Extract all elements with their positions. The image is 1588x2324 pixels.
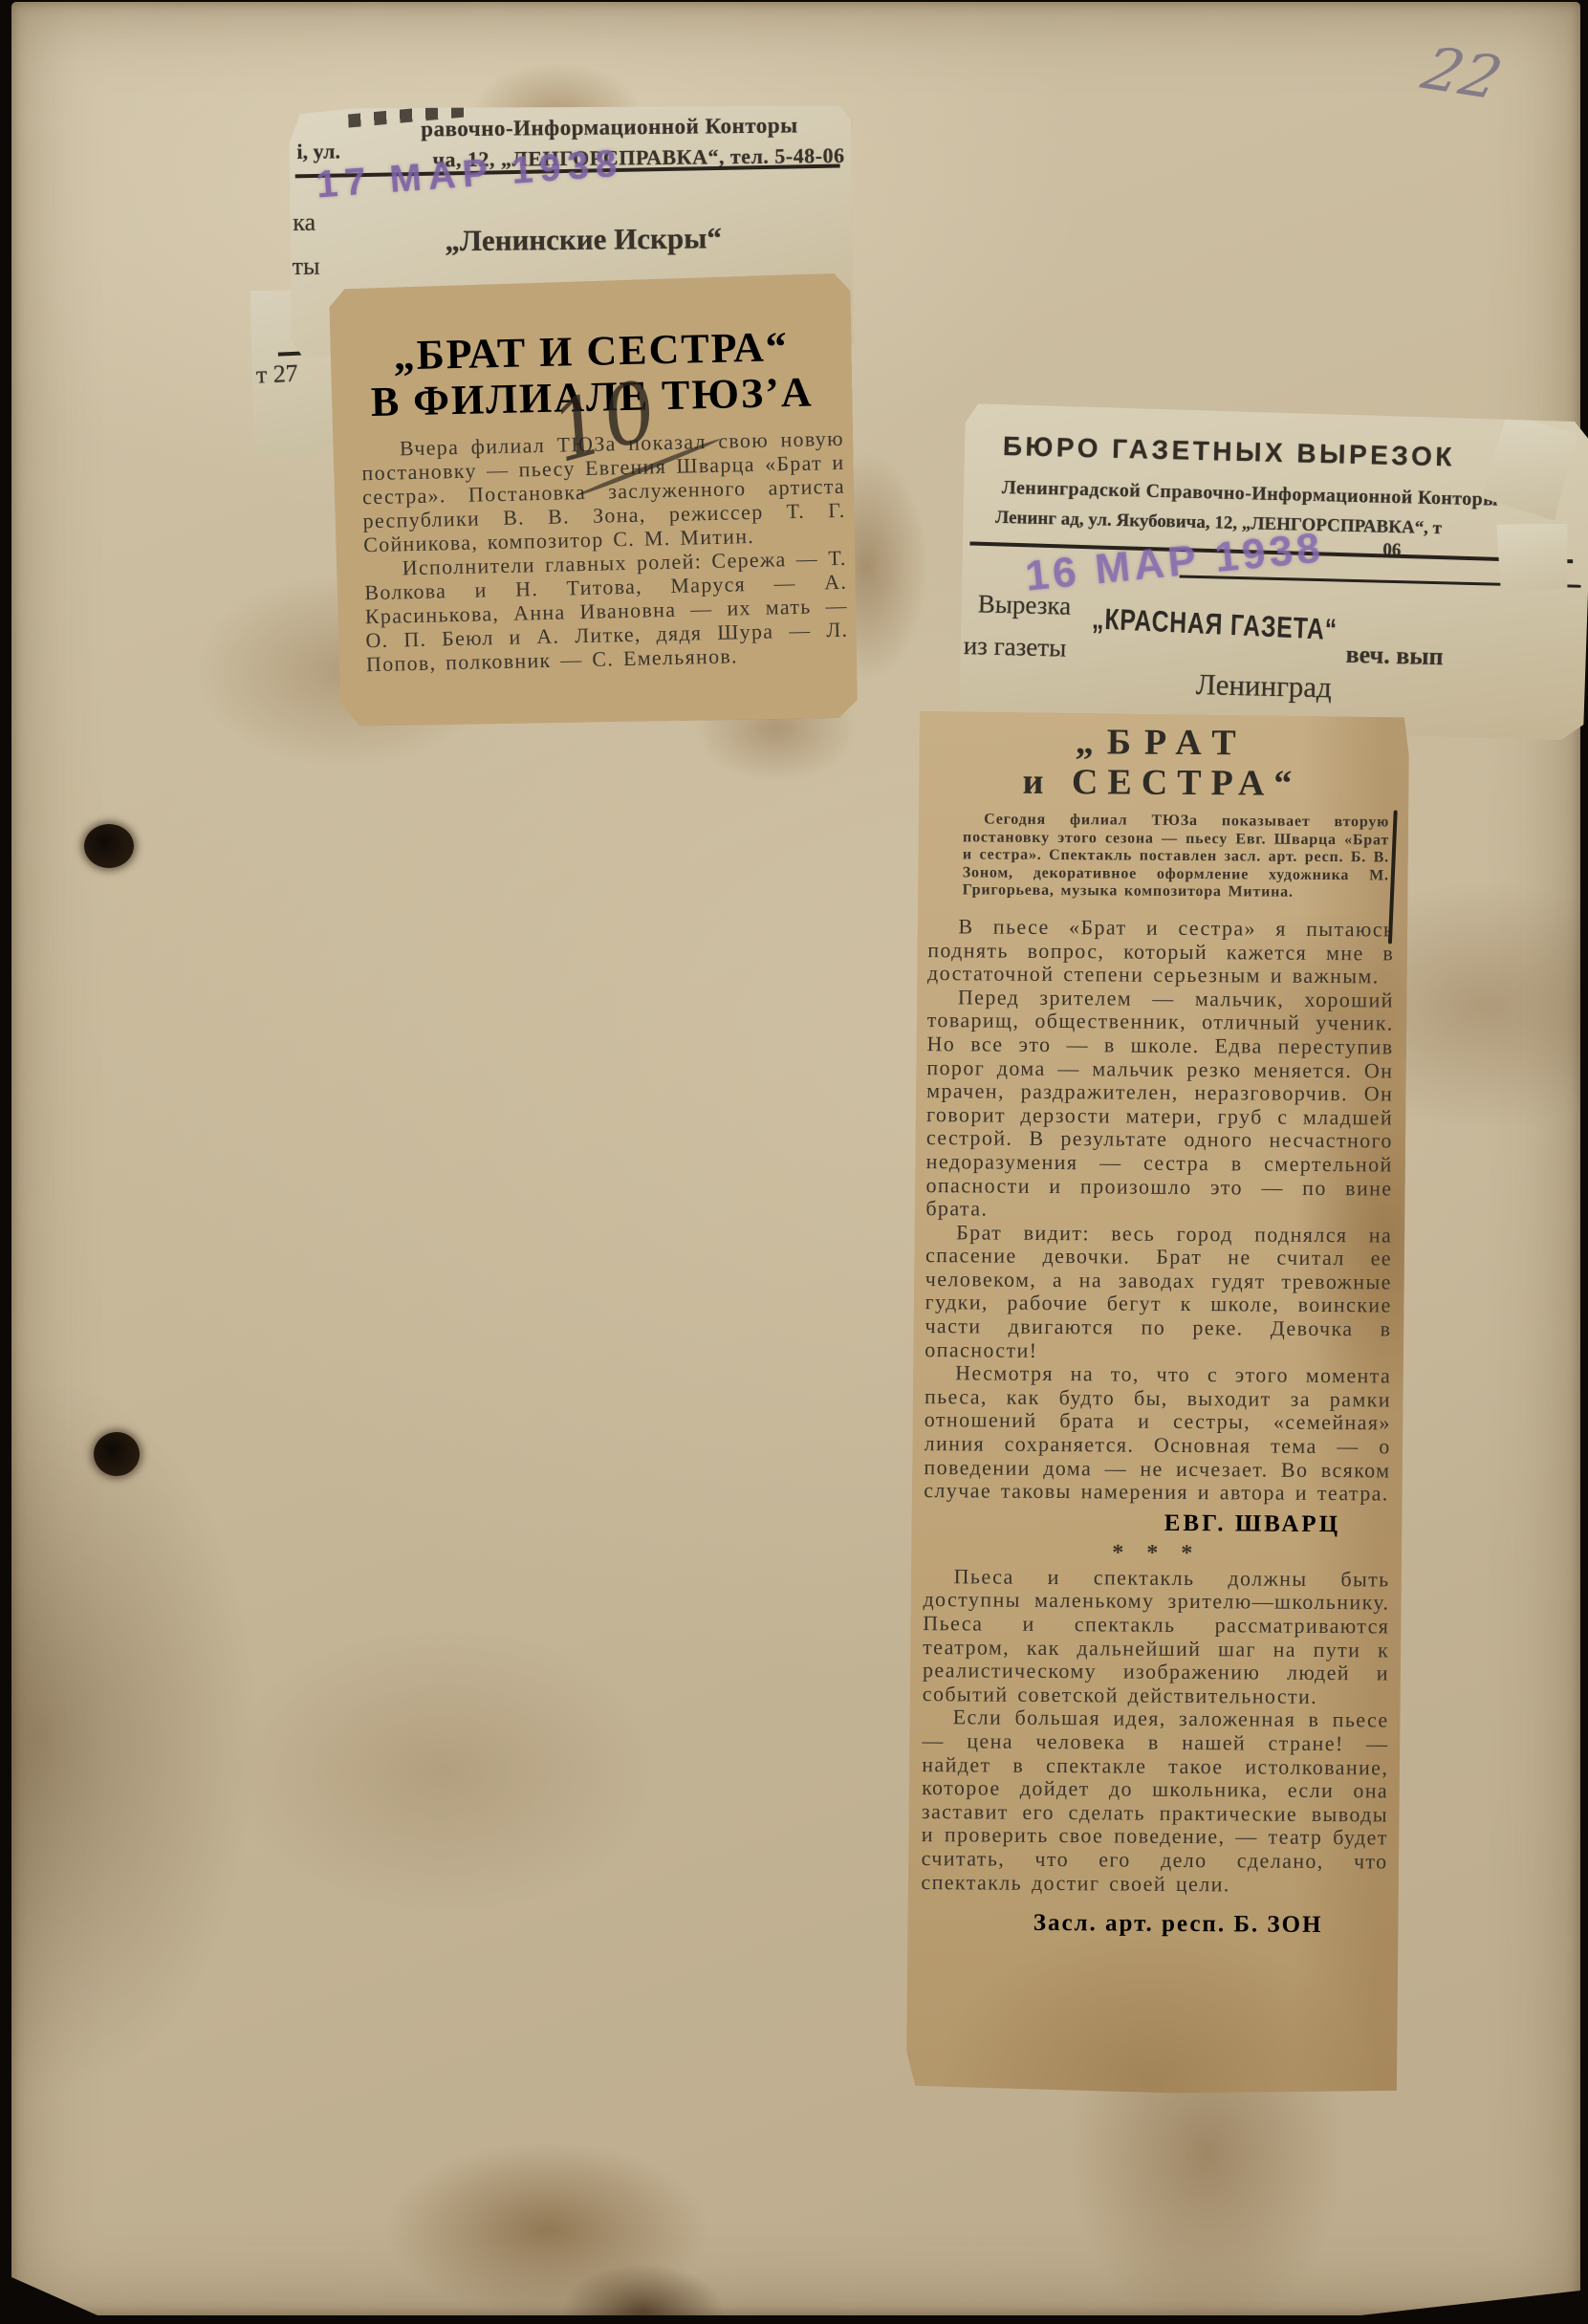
article-paragraph: Перед зрителем — мальчик, хороший товари… — [925, 986, 1394, 1224]
bureau-header-line1: равочно-Информационной Конторы — [421, 113, 798, 141]
scan-background: { "page": { "handwritten_number": "22" }… — [0, 0, 1588, 2324]
fragment-text: т 27 — [255, 359, 298, 390]
bureau-subtitle: Ленинградской Справочно-Информационной К… — [1002, 477, 1499, 511]
page-corner-shadow — [1360, 2291, 1580, 2315]
news-clipping-left: „БРАТ И СЕСТРА“ В ФИЛИАЛЕ ТЮЗ’А Вчера фи… — [329, 273, 859, 729]
headline-line2: и СЕСТРА“ — [928, 761, 1395, 804]
source-newspaper-name: „КРАСНАЯ ГАЗЕТА“ — [1092, 601, 1338, 647]
handwritten-page-number: 22 — [1415, 33, 1510, 113]
news-clipping-right: „БРАТ и СЕСТРА“ Сегодня филиал ТЮЗа пока… — [905, 711, 1409, 2096]
cutting-from-line2: из газеты — [963, 631, 1066, 663]
article-paragraph: Если большая идея, заложенная в пьесе — … — [921, 1705, 1388, 1897]
bureau-title: БЮРО ГАЗЕТНЫХ ВЫРЕЗОК — [1003, 431, 1456, 473]
punch-hole-bottom — [94, 1432, 140, 1476]
cutting-word-fragment-ty: ты — [293, 252, 320, 281]
clipping-left-paragraph: Исполнители главных ролей: Сережа — Т. В… — [335, 546, 859, 677]
article-paragraph: Пьеса и спектакль должны быть доступны м… — [923, 1565, 1390, 1709]
headline-line1: „БРАТ — [929, 721, 1396, 764]
album-page: 22 равочно-Информационной Конторы ча, 12… — [11, 2, 1580, 2315]
bureau-address: Ленинг ад, ул. Якубовича, 12, „ЛЕНГОРСПР… — [995, 508, 1416, 539]
source-city: Ленинград — [1195, 667, 1332, 705]
article-paragraph: Несмотря на то, что с этого момента пьес… — [924, 1361, 1391, 1506]
source-newspaper-name: „Ленинские Искры“ — [445, 221, 722, 258]
page-corner-shadow — [11, 2277, 98, 2315]
author-signature: ЕВГ. ШВАРЦ — [924, 1509, 1340, 1538]
director-signature: Засл. арт. респ. Б. ЗОН — [1007, 1910, 1349, 1939]
address-fragment: і, ул. — [296, 139, 340, 163]
article-paragraph: В пьесе «Брат и сестра» я пытаюсь поднят… — [927, 915, 1395, 988]
torn-paper-flap — [1490, 517, 1574, 598]
clipping-bureau-label-right: БЮРО ГАЗЕТНЫХ ВЫРЕЗОК Ленинградской Спра… — [958, 403, 1588, 741]
article-paragraph: Брат видит: весь город поднялся на спасе… — [925, 1221, 1392, 1365]
edition-note: веч. вып — [1345, 641, 1444, 671]
cutting-word-fragment-ka: ка — [293, 208, 315, 237]
clipping-right-content: „БРАТ и СЕСТРА“ Сегодня филиал ТЮЗа пока… — [906, 711, 1409, 1940]
date-stamp-16-march-1938: 16 МАР 1938 — [1023, 524, 1325, 600]
article-lead: Сегодня филиал ТЮЗа показывает вторую по… — [963, 811, 1390, 902]
punch-hole-top — [84, 824, 134, 868]
